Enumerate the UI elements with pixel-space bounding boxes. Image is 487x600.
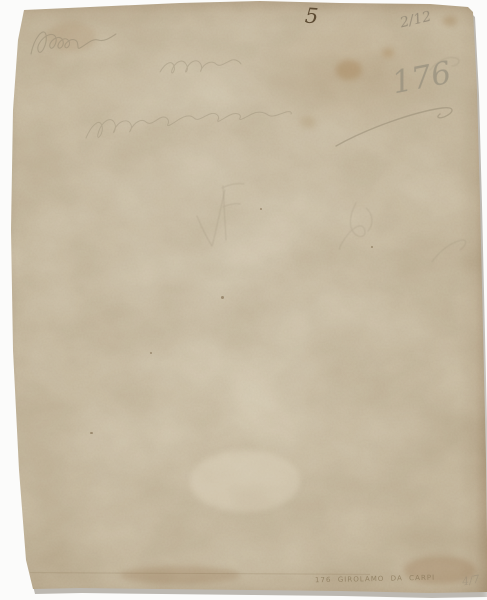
faint-loop-right	[432, 240, 466, 262]
ink-speck	[221, 296, 224, 299]
underline-flourish	[336, 108, 452, 146]
faint-script-upper	[160, 60, 241, 73]
paper-texture	[0, 0, 487, 600]
photo-of-paper-verso: 5 2/12 176 176 GIROLAMO DA CARPI 4/7	[0, 0, 487, 600]
crease-line	[30, 572, 370, 575]
monogram-v-stroke	[197, 190, 225, 246]
foxing-stain	[300, 116, 316, 128]
attribution-inscription: 176 GIROLAMO DA CARPI	[315, 574, 435, 585]
paper-sheet: 5 2/12 176 176 GIROLAMO DA CARPI 4/7	[0, 0, 487, 600]
faint-script-middle	[86, 112, 291, 138]
foxing-stain	[336, 60, 362, 80]
abrasion-light-patch	[190, 450, 300, 512]
ink-speck	[371, 246, 373, 248]
ink-speck	[90, 432, 93, 434]
ink-number-inscription: 5	[304, 4, 319, 29]
monogram-f-stroke	[222, 184, 244, 240]
number-176-inscription: 176	[389, 55, 454, 102]
foxing-stain	[443, 16, 457, 26]
ink-speck	[260, 208, 262, 210]
foxing-stain	[382, 48, 394, 58]
fraction-inscription: 2/12	[399, 9, 433, 32]
foxing-stain	[46, 22, 96, 52]
pencil-strokes	[0, 0, 487, 600]
faint-script-right-tail	[430, 58, 459, 71]
number-56-scribble	[339, 203, 372, 249]
faint-signature-script	[31, 32, 116, 54]
foxing-stain	[120, 566, 240, 584]
foxing-stain	[404, 556, 476, 584]
corner-fraction-inscription: 4/7	[461, 573, 481, 589]
ink-speck	[150, 352, 152, 354]
